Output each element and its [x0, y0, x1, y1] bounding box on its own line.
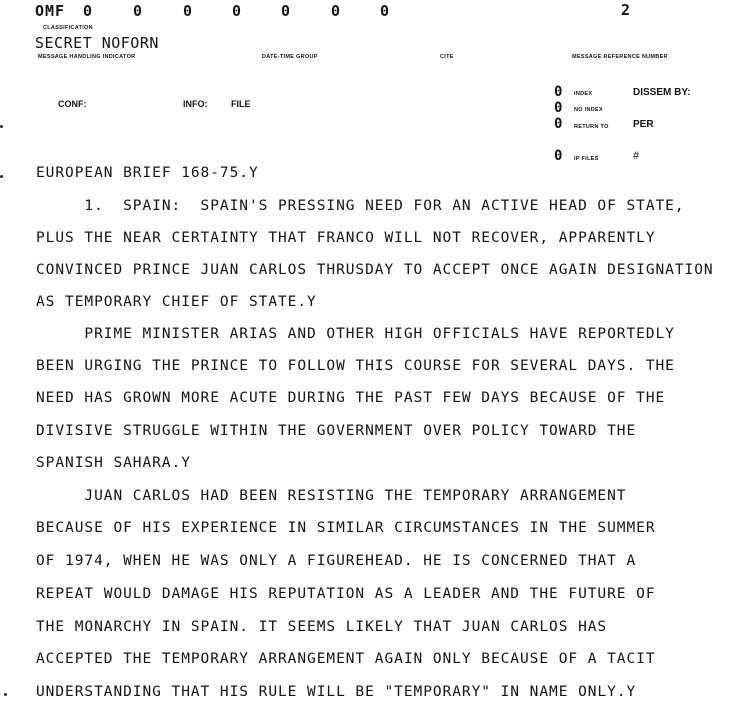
ip-files-checkbox: 0	[554, 148, 562, 164]
body-line: UNDERSTANDING THAT HIS RULE WILL BE "TEM…	[36, 684, 636, 700]
message-reference-label: MESSAGE REFERENCE NUMBER	[572, 54, 668, 60]
body-line: JUAN CARLOS HAD BEEN RESISTING THE TEMPO…	[36, 488, 626, 504]
message-handling-label: MESSAGE HANDLING INDICATOR	[38, 54, 135, 60]
return-to-checkbox: 0	[554, 116, 562, 132]
cite-label: CITE	[440, 54, 454, 60]
routing-code: 0	[183, 2, 193, 20]
return-to-label: RETURN TO	[574, 124, 609, 130]
body-line: CONVINCED PRINCE JUAN CARLOS THRUSDAY TO…	[36, 262, 714, 278]
dissem-by-label: DISSEM BY:	[633, 87, 691, 98]
index-checkbox: 0	[554, 84, 562, 100]
no-index-label: NO INDEX	[574, 107, 603, 113]
return-to-value: PER	[633, 119, 654, 130]
body-line: OF 1974, WHEN HE WAS ONLY A FIGUREHEAD. …	[36, 553, 636, 569]
classification-value: SECRET NOFORN	[35, 34, 159, 52]
margin-mark	[4, 693, 7, 696]
body-line: BECAUSE OF HIS EXPERIENCE IN SIMILAR CIR…	[36, 520, 656, 536]
ip-files-label: IP FILES	[574, 156, 599, 162]
body-line: 1. SPAIN: SPAIN'S PRESSING NEED FOR AN A…	[36, 198, 685, 214]
info-value: FILE	[231, 99, 251, 109]
body-line: PLUS THE NEAR CERTAINTY THAT FRANCO WILL…	[36, 230, 656, 246]
body-line: NEED HAS GROWN MORE ACUTE DURING THE PAS…	[36, 390, 665, 406]
body-line: AS TEMPORARY CHIEF OF STATE.Y	[36, 294, 317, 310]
routing-code: 0	[281, 2, 291, 20]
routing-code: 0	[331, 2, 341, 20]
body-line: PRIME MINISTER ARIAS AND OTHER HIGH OFFI…	[36, 326, 675, 342]
body-line: REPEAT WOULD DAMAGE HIS REPUTATION AS A …	[36, 586, 656, 602]
document-title: EUROPEAN BRIEF 168-75.Y	[36, 165, 259, 181]
margin-mark	[0, 175, 3, 178]
routing-code: OMF	[35, 2, 65, 20]
body-line: BEEN URGING THE PRINCE TO FOLLOW THIS CO…	[36, 358, 675, 374]
index-label: INDEX	[574, 91, 592, 97]
routing-code: 0	[380, 2, 390, 20]
routing-code: 0	[232, 2, 242, 20]
date-time-group-label: DATE-TIME GROUP	[262, 54, 318, 60]
body-line: SPANISH SAHARA.Y	[36, 455, 191, 471]
page-number: 2	[621, 1, 630, 19]
routing-code: 0	[83, 2, 93, 20]
classification-label: CLASSIFICATION	[43, 25, 93, 31]
no-index-checkbox: 0	[554, 100, 562, 116]
info-label: INFO:	[183, 99, 208, 109]
routing-code: 0	[133, 2, 143, 20]
body-line: DIVISIVE STRUGGLE WITHIN THE GOVERNMENT …	[36, 423, 636, 439]
body-line: THE MONARCHY IN SPAIN. IT SEEMS LIKELY T…	[36, 619, 607, 635]
body-line: ACCEPTED THE TEMPORARY ARRANGEMENT AGAIN…	[36, 651, 656, 667]
margin-mark	[0, 125, 3, 128]
conf-label: CONF:	[58, 99, 87, 109]
ip-files-value: #	[633, 150, 639, 162]
